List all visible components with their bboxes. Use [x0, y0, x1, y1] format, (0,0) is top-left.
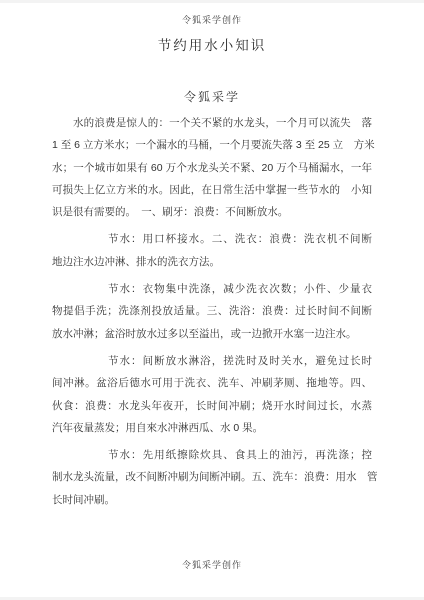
text-line: 制水龙头流量，改不间断冲刷为间断冲刷。五、洗车：浪费：用水 管 [52, 466, 372, 488]
text-line: 地边注水边冲淋、排水的洗衣方法。 [52, 251, 372, 273]
text-line: 节水：先用纸擦除炊具、食具上的油污，再洗涤；控 [52, 444, 372, 466]
paragraph-cooking: 节水：间断放水淋浴，搓洗时及时关水，避免过长时 间冲淋。盆浴后德水可用于洗衣、洗… [52, 350, 372, 439]
text-line: 可损失上亿立方米的水。因此，在日常生活中掌握一些节水的 小知 [52, 179, 372, 201]
document-page: 令狐采学创作 节约用水小知识 令狐采学 水的浪费是惊人的：一个关不紧的水龙头，一… [0, 0, 424, 600]
page-top-edge [0, 0, 424, 3]
text-line: 1 至 6 立方米水；一个漏水的马桶，一个月要流失落 3 至 25 立 方米 [52, 134, 372, 156]
text-line: 节水：用口杯接水。二、洗衣：浪费：洗衣机不间断 [52, 228, 372, 250]
footer-attribution: 令狐采学创作 [0, 559, 424, 571]
paragraph-laundry: 节水：用口杯接水。二、洗衣：浪费：洗衣机不间断 地边注水边冲淋、排水的洗衣方法。 [52, 228, 372, 273]
text-line: 水；一个城市如果有 60 万个水龙头关不紧、20 万个马桶漏水，一年 [52, 157, 372, 179]
text-line: 物提倡手洗；洗涤剂投放适量。三、洗浴：浪费：过长时间不间断 [52, 300, 372, 322]
text-line: 节水：衣物集中洗涤，减少洗衣次数；小件、少量衣 [52, 278, 372, 300]
text-line: 长时间冲刷。 [52, 489, 372, 511]
document-body: 水的浪费是惊人的：一个关不紧的水龙头，一个月可以流失 落 1 至 6 立方米水；… [52, 112, 372, 511]
text-line: 节水：间断放水淋浴，搓洗时及时关水，避免过长时 [52, 350, 372, 372]
author-line: 令狐采学 [0, 90, 424, 105]
text-line: 水的浪费是惊人的：一个关不紧的水龙头，一个月可以流失 落 [52, 112, 372, 134]
paragraph-intro: 水的浪费是惊人的：一个关不紧的水龙头，一个月可以流失 落 1 至 6 立方米水；… [52, 112, 372, 223]
paragraph-carwash: 节水：先用纸擦除炊具、食具上的油污，再洗涤；控 制水龙头流量，改不间断冲刷为间断… [52, 444, 372, 511]
document-title: 节约用水小知识 [0, 37, 424, 54]
text-line: 识是很有需要的。 一、刷牙：浪费：不间断放水。 [52, 201, 372, 223]
text-line: 放水冲淋；盆浴时放水过多以至溢出，或一边掀开水塞一边注水。 [52, 323, 372, 345]
text-line: 伙食：浪费：水龙头年夜开，长时间冲刷；烧开水时间过长，水蒸 [52, 395, 372, 417]
paragraph-bathing: 节水：衣物集中洗涤，减少洗衣次数；小件、少量衣 物提倡手洗；洗涤剂投放适量。三、… [52, 278, 372, 345]
text-line: 间冲淋。盆浴后德水可用于洗衣、洗车、冲刷茅厕、拖地等。四、 [52, 372, 372, 394]
text-line: 汽年夜量蒸发；用自來水冲淋西瓜、水 0 果。 [52, 417, 372, 439]
header-attribution: 令狐采学创作 [0, 0, 424, 26]
